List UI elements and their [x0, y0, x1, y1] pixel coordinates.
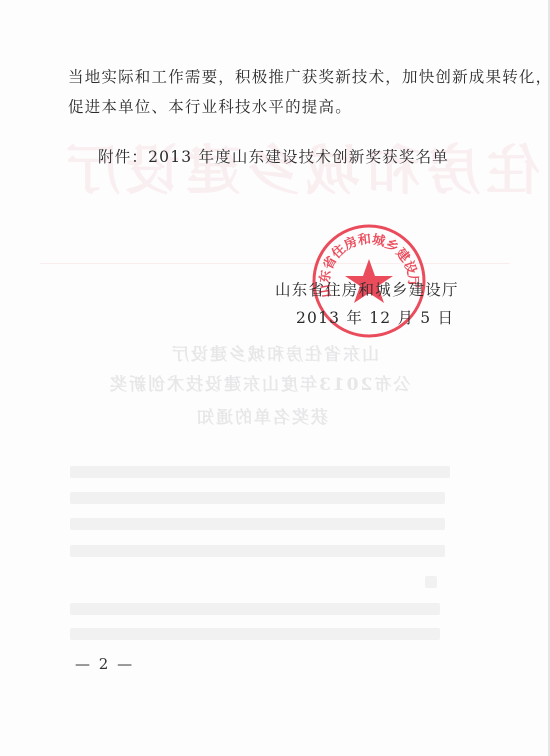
issuer-signature: 山东省住房和城乡建设厅 [275, 278, 459, 300]
bleed-through-line [70, 545, 445, 557]
bleed-through-line [425, 576, 437, 588]
document-page: 山东省住房和城乡建设厅 山东省住房和城乡建设厅 公布2013年度山东建设技术创新… [0, 0, 550, 756]
bleed-through-title-2: 公布2013年度山东建设技术创新奖 [108, 370, 410, 395]
attachment-line: 附件：2013 年度山东建设技术创新奖获奖名单 [98, 145, 449, 167]
bleed-through-line [70, 603, 440, 615]
bleed-through-title-1: 山东省住房和城乡建设厅 [170, 340, 379, 365]
body-text-line-2: 促进本单位、本行业科技水平的提高。 [68, 95, 352, 117]
issue-date: 2013 年 12 月 5 日 [296, 306, 454, 328]
page-number: — 2 — [75, 655, 134, 673]
bleed-through-line [70, 518, 445, 530]
bleed-through-rule [40, 263, 510, 264]
body-text-line-1: 当地实际和工作需要，积极推广获奖新技术，加快创新成果转化， [68, 65, 550, 87]
bleed-through-line [70, 628, 440, 640]
bleed-through-line [70, 492, 445, 504]
bleed-through-line [70, 466, 450, 478]
bleed-through-title-3: 获奖名单的通知 [195, 403, 328, 428]
